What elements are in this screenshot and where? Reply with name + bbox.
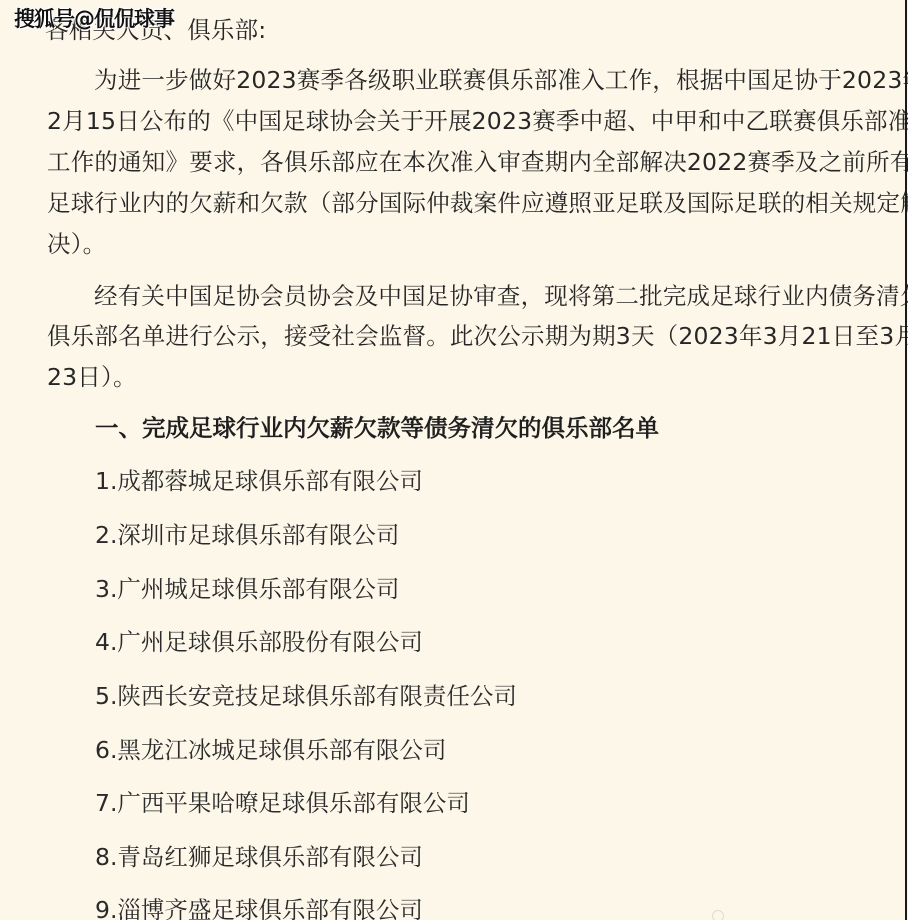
paragraph-1-line-3: 工作的通知》要求，各俱乐部应在本次准入审查期内全部解决2022赛季及之前所有 bbox=[47, 147, 908, 177]
section-heading: 一、完成足球行业内欠薪欠款等债务清欠的俱乐部名单 bbox=[95, 413, 659, 443]
paragraph-2-line-2: 俱乐部名单进行公示，接受社会监督。此次公示期为期3天（2023年3月21日至3月 bbox=[47, 321, 908, 351]
club-list-item: 6.黑龙江冰城足球俱乐部有限公司 bbox=[95, 735, 446, 765]
paragraph-1-line-4: 足球行业内的欠薪和欠款（部分国际仲裁案件应遵照亚足联及国际足联的相关规定解 bbox=[47, 188, 908, 218]
club-list-item: 5.陕西长安竞技足球俱乐部有限责任公司 bbox=[95, 681, 517, 711]
paragraph-2-line-1: 经有关中国足协会员协会及中国足协审查，现将第二批完成足球行业内债务清欠 bbox=[94, 281, 908, 311]
paragraph-1-line-1: 为进一步做好2023赛季各级职业联赛俱乐部准入工作，根据中国足协于2023年 bbox=[94, 65, 908, 95]
paragraph-2-line-3: 23日）。 bbox=[47, 362, 137, 392]
club-list-item: 3.广州城足球俱乐部有限公司 bbox=[95, 574, 399, 604]
document-page: 搜狐号@侃侃球事 各相关人员、俱乐部: 为进一步做好2023赛季各级职业联赛俱乐… bbox=[0, 0, 908, 920]
club-list-item: 9.淄博齐盛足球俱乐部有限公司 bbox=[95, 895, 423, 920]
faint-watermark-icon bbox=[712, 910, 724, 920]
paragraph-1-line-2: 2月15日公布的《中国足球协会关于开展2023赛季中超、中甲和中乙联赛俱乐部准入 bbox=[47, 106, 908, 136]
club-list-item: 4.广州足球俱乐部股份有限公司 bbox=[95, 627, 423, 657]
source-watermark: 搜狐号@侃侃球事 bbox=[14, 6, 174, 32]
right-edge-divider bbox=[905, 0, 907, 920]
club-list-item: 8.青岛红狮足球俱乐部有限公司 bbox=[95, 842, 423, 872]
club-list-item: 7.广西平果哈嘹足球俱乐部有限公司 bbox=[95, 788, 470, 818]
club-list-item: 2.深圳市足球俱乐部有限公司 bbox=[95, 520, 399, 550]
paragraph-1-line-5: 决）。 bbox=[47, 229, 106, 259]
club-list-item: 1.成都蓉城足球俱乐部有限公司 bbox=[95, 466, 423, 496]
